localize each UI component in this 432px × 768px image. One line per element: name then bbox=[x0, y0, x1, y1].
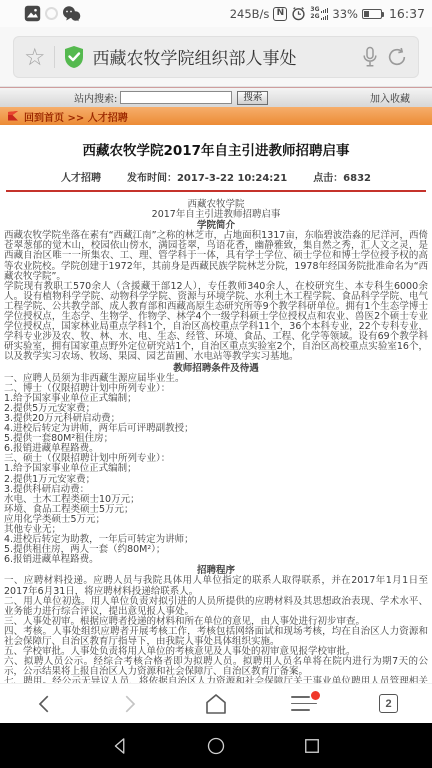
site-search-label: 站内搜索: bbox=[74, 90, 117, 105]
battery-icon bbox=[362, 9, 382, 19]
browser-tabs-button[interactable]: 2 bbox=[379, 694, 398, 713]
back-chevron-icon bbox=[34, 693, 56, 715]
android-recents-icon bbox=[302, 736, 322, 756]
phone-screen: 245B/s N 3G 2G 33% 16:37 ☆ bbox=[0, 0, 432, 768]
browser-forward-button[interactable] bbox=[118, 693, 140, 715]
article-block-para: 学院现有教职工570余人（含援藏干部12人），专任教师340余人，在校研究生、本… bbox=[4, 282, 428, 363]
bookmark-star-icon[interactable]: ☆ bbox=[24, 45, 46, 69]
android-home-button[interactable] bbox=[206, 736, 226, 756]
article: 西藏农牧学院2017年自主引进教师招聘启事 人才招聘 发布时间：2017-3-2… bbox=[0, 125, 432, 683]
battery-percent: 33% bbox=[332, 7, 358, 21]
address-field[interactable]: ☆ 西藏农牧学院组织部人事处 bbox=[13, 36, 419, 78]
status-system-icons: 245B/s N 3G 2G 33% 16:37 bbox=[230, 6, 425, 21]
browser-toolbar: 2 bbox=[0, 683, 432, 723]
article-block-para: 四、考核。人事处组织应聘者开展考核工作，考核包括网络面试和现场考核，均在自治区人… bbox=[4, 627, 428, 647]
android-back-button[interactable] bbox=[110, 736, 130, 756]
browser-back-button[interactable] bbox=[34, 693, 56, 715]
add-favorite-link[interactable]: 加入收藏 bbox=[370, 90, 410, 105]
breadcrumb-bar: 回到首页 >> 人才招聘 bbox=[0, 107, 432, 125]
circle-notification-icon bbox=[45, 7, 58, 20]
red-divider bbox=[6, 190, 426, 192]
voice-search-mic-icon[interactable] bbox=[362, 45, 378, 69]
notification-dot bbox=[311, 691, 320, 700]
refresh-icon[interactable] bbox=[386, 46, 408, 68]
article-block-line: 6.报销进藏单程路费。 bbox=[4, 555, 428, 565]
article-category: 人才招聘 bbox=[61, 169, 101, 184]
tab-count-icon: 2 bbox=[379, 694, 398, 713]
article-publish-time: 发布时间：2017-3-22 10:24:21 bbox=[127, 169, 287, 184]
site-search-bar: 站内搜索: 搜索 加入收藏 bbox=[0, 87, 432, 107]
android-home-icon bbox=[206, 736, 226, 756]
article-block-line: 应用化学类硕士5万元； bbox=[4, 515, 428, 525]
forward-chevron-icon bbox=[118, 693, 140, 715]
browser-home-button[interactable] bbox=[203, 692, 229, 716]
network-speed: 245B/s bbox=[230, 7, 270, 21]
signal-icon: 3G 2G bbox=[310, 7, 328, 20]
flag-icon bbox=[8, 111, 19, 121]
divider bbox=[54, 46, 55, 68]
article-clicks: 点击：6832 bbox=[313, 169, 371, 184]
browser-menu-button[interactable] bbox=[291, 695, 317, 712]
article-block-para: 六、拟聘人员公示。经综合考核合格者即为拟聘人员。拟聘用人员名单将在院内进行为期7… bbox=[4, 657, 428, 677]
android-recents-button[interactable] bbox=[302, 736, 322, 756]
menu-icon bbox=[291, 695, 317, 712]
home-icon bbox=[203, 692, 229, 716]
android-back-icon bbox=[110, 736, 130, 756]
breadcrumb[interactable]: 回到首页 >> 人才招聘 bbox=[24, 109, 128, 124]
browser-address-bar: ☆ 西藏农牧学院组织部人事处 bbox=[0, 27, 432, 87]
site-search-button[interactable]: 搜索 bbox=[237, 91, 268, 105]
article-block-para: 二、用人单位初选。用人单位负责对拟引进的人员所提供的应聘材料及其思想政治表现、学… bbox=[4, 597, 428, 617]
article-block-para: 西藏农牧学院坐落在素有“西藏江南”之称的林芝市，占地面积1317亩，东临碧波浩淼… bbox=[4, 231, 428, 281]
article-body: 西藏农牧学院2017年自主引进教师招聘启事学院简介西藏农牧学院坐落在素有“西藏江… bbox=[4, 200, 428, 683]
web-page-viewport: 站内搜索: 搜索 加入收藏 回到首页 >> 人才招聘 西藏农牧学院2017年自主… bbox=[0, 87, 432, 683]
android-nav-bar bbox=[0, 723, 432, 768]
nfc-icon: N bbox=[273, 7, 287, 21]
gallery-notification-icon bbox=[24, 5, 41, 22]
clock-time: 16:37 bbox=[389, 6, 425, 21]
site-search-input[interactable] bbox=[120, 91, 232, 104]
article-block-para: 一、应聘材料投递。应聘人员与我院具体用人单位指定的联系人取得联系，并在2017年… bbox=[4, 576, 428, 596]
status-notification-icons bbox=[24, 5, 81, 22]
secure-shield-icon[interactable] bbox=[63, 45, 85, 69]
article-meta: 人才招聘 发布时间：2017-3-22 10:24:21 点击：6832 bbox=[4, 169, 428, 184]
alarm-icon bbox=[291, 6, 306, 21]
article-title: 西藏农牧学院2017年自主引进教师招聘启事 bbox=[4, 139, 428, 159]
article-block-center: 2017年自主引进教师招聘启事 bbox=[4, 210, 428, 220]
status-bar: 245B/s N 3G 2G 33% 16:37 bbox=[0, 0, 432, 27]
page-title[interactable]: 西藏农牧学院组织部人事处 bbox=[93, 44, 354, 69]
wechat-notification-icon bbox=[62, 6, 81, 22]
